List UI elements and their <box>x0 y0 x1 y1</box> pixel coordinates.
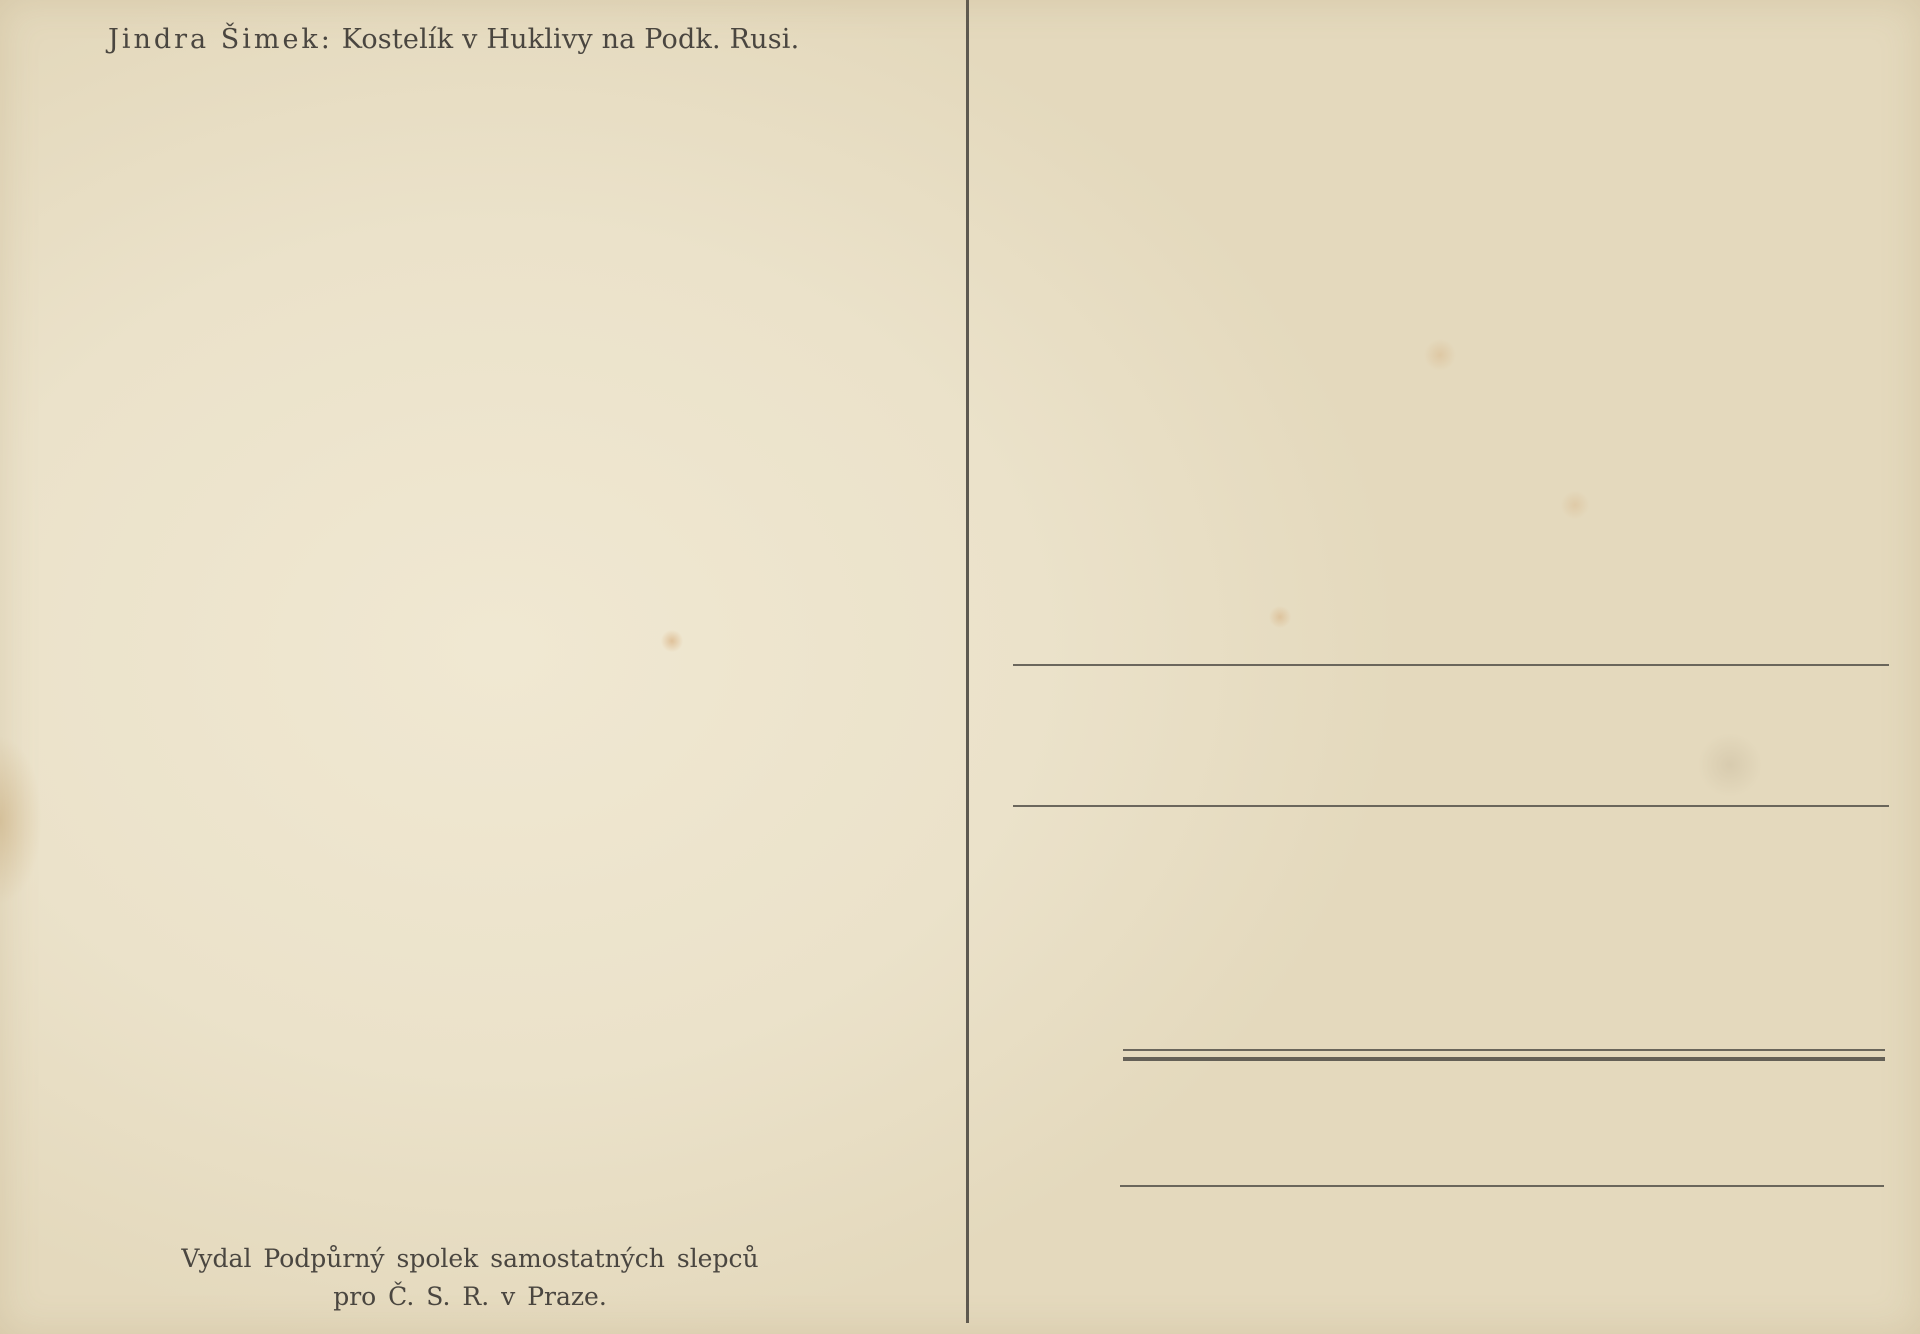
address-line-1 <box>1013 664 1889 666</box>
publisher-line-1: Vydal Podpůrný spolek samostatných slepc… <box>130 1240 810 1278</box>
address-line-2 <box>1013 805 1889 807</box>
address-line-4 <box>1120 1185 1884 1187</box>
publisher-imprint: Vydal Podpůrný spolek samostatných slepc… <box>130 1240 810 1316</box>
publisher-line-2: pro Č. S. R. v Praze. <box>130 1278 810 1316</box>
artwork-caption: Jindra Šimek: Kostelík v Huklivy na Podk… <box>108 24 799 55</box>
center-divider-line <box>966 0 969 1323</box>
artwork-title: Kostelík v Huklivy na Podk. Rusi. <box>342 24 800 55</box>
artist-name: Jindra Šimek: <box>108 24 333 55</box>
address-line-3-lower <box>1123 1057 1885 1061</box>
postcard-back: Jindra Šimek: Kostelík v Huklivy na Podk… <box>0 0 1920 1334</box>
address-line-3-upper <box>1123 1049 1885 1051</box>
